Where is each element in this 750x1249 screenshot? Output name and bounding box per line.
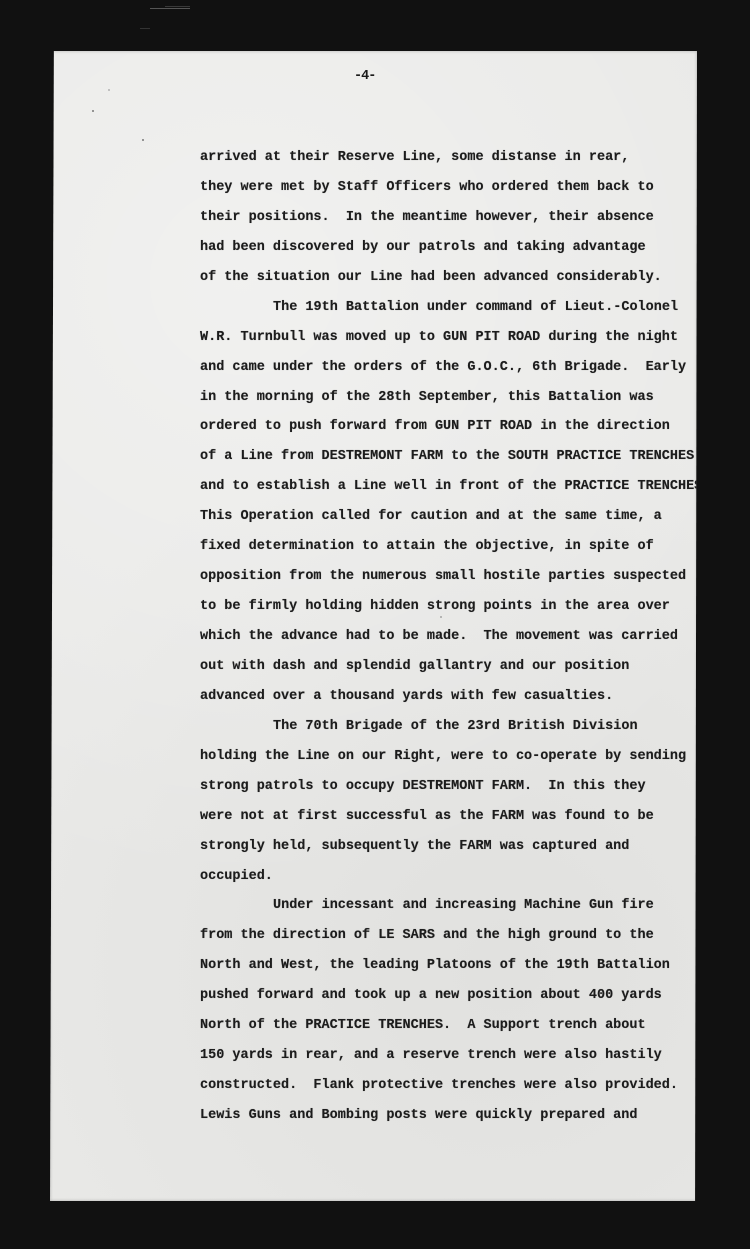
text-line: and came under the orders of the G.O.C.,… bbox=[200, 353, 697, 383]
text-line: opposition from the numerous small hosti… bbox=[200, 562, 697, 592]
page-number: -4- bbox=[354, 69, 375, 84]
paper-speck bbox=[142, 139, 144, 141]
text-line: constructed. Flank protective trenches w… bbox=[200, 1071, 697, 1101]
film-scratch bbox=[140, 28, 150, 29]
text-line: to be firmly holding hidden strong point… bbox=[200, 592, 697, 622]
text-line: their positions. In the meantime however… bbox=[200, 203, 697, 233]
paragraph: The 19th Battalion under command of Lieu… bbox=[200, 293, 697, 712]
text-line: This Operation called for caution and at… bbox=[200, 502, 697, 532]
text-line: holding the Line on our Right, were to c… bbox=[200, 742, 697, 772]
text-line: in the morning of the 28th September, th… bbox=[200, 383, 697, 413]
text-line: out with dash and splendid gallantry and… bbox=[200, 652, 697, 682]
text-line: arrived at their Reserve Line, some dist… bbox=[200, 143, 697, 173]
text-line: strongly held, subsequently the FARM was… bbox=[200, 832, 697, 862]
paper-speck bbox=[108, 89, 110, 91]
film-scratch bbox=[150, 8, 190, 9]
text-line: which the advance had to be made. The mo… bbox=[200, 622, 697, 652]
text-line: and to establish a Line well in front of… bbox=[200, 472, 697, 502]
scanned-document-viewer: -4- arrived at their Reserve Line, some … bbox=[0, 0, 750, 1249]
paper-speck bbox=[92, 110, 94, 112]
text-line: they were met by Staff Officers who orde… bbox=[200, 173, 697, 203]
document-page: -4- arrived at their Reserve Line, some … bbox=[50, 51, 697, 1201]
text-line: The 19th Battalion under command of Lieu… bbox=[200, 293, 697, 323]
text-line: strong patrols to occupy DESTREMONT FARM… bbox=[200, 772, 697, 802]
text-line: The 70th Brigade of the 23rd British Div… bbox=[200, 712, 697, 742]
text-line: North and West, the leading Platoons of … bbox=[200, 951, 697, 981]
paragraph: arrived at their Reserve Line, some dist… bbox=[200, 143, 697, 293]
text-line: North of the PRACTICE TRENCHES. A Suppor… bbox=[200, 1011, 697, 1041]
text-line: of a Line from DESTREMONT FARM to the SO… bbox=[200, 442, 697, 472]
text-line: were not at first successful as the FARM… bbox=[200, 802, 697, 832]
text-line: advanced over a thousand yards with few … bbox=[200, 682, 697, 712]
text-line: had been discovered by our patrols and t… bbox=[200, 233, 697, 263]
text-line: Lewis Guns and Bombing posts were quickl… bbox=[200, 1101, 697, 1131]
text-line: W.R. Turnbull was moved up to GUN PIT RO… bbox=[200, 323, 697, 353]
text-line: 150 yards in rear, and a reserve trench … bbox=[200, 1041, 697, 1071]
text-line: ordered to push forward from GUN PIT ROA… bbox=[200, 412, 697, 442]
text-line: pushed forward and took up a new positio… bbox=[200, 981, 697, 1011]
text-line: Under incessant and increasing Machine G… bbox=[200, 891, 697, 921]
text-line: occupied. bbox=[200, 862, 697, 892]
film-scratch bbox=[165, 6, 190, 7]
paragraph: The 70th Brigade of the 23rd British Div… bbox=[200, 712, 697, 892]
text-line: of the situation our Line had been advan… bbox=[200, 263, 697, 293]
text-line: from the direction of LE SARS and the hi… bbox=[200, 921, 697, 951]
document-body: arrived at their Reserve Line, some dist… bbox=[200, 143, 697, 1131]
text-line: fixed determination to attain the object… bbox=[200, 532, 697, 562]
paragraph: Under incessant and increasing Machine G… bbox=[200, 891, 697, 1131]
